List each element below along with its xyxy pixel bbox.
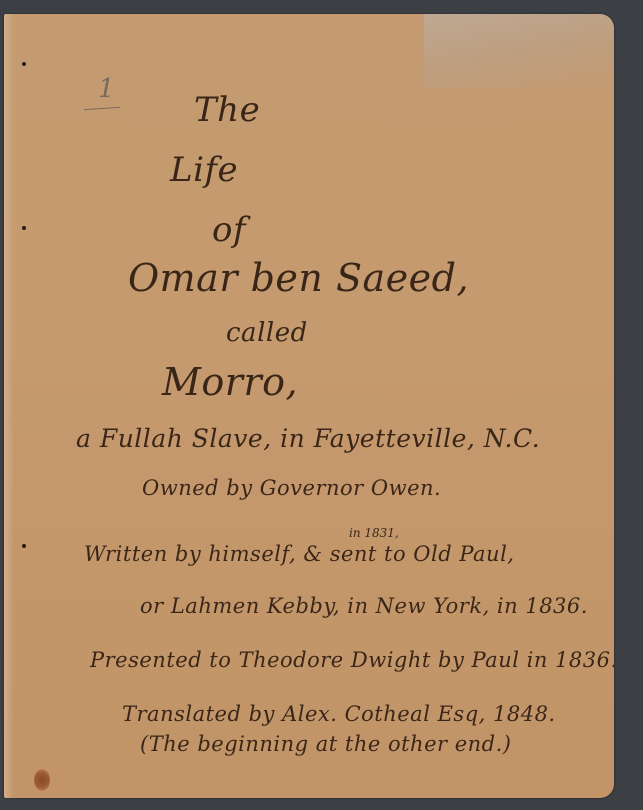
subtitle-fullah-slave: a Fullah Slave, in Fayetteville, N.C.	[76, 424, 540, 453]
page-number-underline	[84, 107, 120, 111]
page-number: 1	[98, 74, 115, 104]
subtitle-presented-to: Presented to Theodore Dwight by Paul in …	[90, 648, 614, 672]
title-line-morro: Morro,	[162, 360, 298, 404]
subtitle-beginning-note: (The beginning at the other end.)	[140, 732, 511, 756]
binding-hole	[22, 62, 26, 66]
interlinear-note: in 1831,	[349, 526, 399, 540]
title-line-name: Omar ben Saeed,	[128, 256, 469, 300]
title-line-life: Life	[170, 150, 238, 190]
title-line-the: The	[194, 90, 260, 130]
manuscript-page: 1 The Life of Omar ben Saeed, called Mor…	[4, 14, 614, 798]
subtitle-lahmen-kebby: or Lahmen Kebby, in New York, in 1836.	[140, 594, 588, 618]
subtitle-owned-by: Owned by Governor Owen.	[142, 476, 441, 500]
title-line-of: of	[212, 210, 246, 250]
subtitle-written-by: Written by himself, & sent to Old Paul,	[84, 542, 514, 566]
subtitle-translated-by: Translated by Alex. Cotheal Esq, 1848.	[122, 702, 556, 726]
binding-hole	[22, 226, 26, 230]
ink-stain	[34, 769, 50, 791]
binding-hole	[22, 544, 26, 548]
title-line-called: called	[226, 318, 308, 348]
